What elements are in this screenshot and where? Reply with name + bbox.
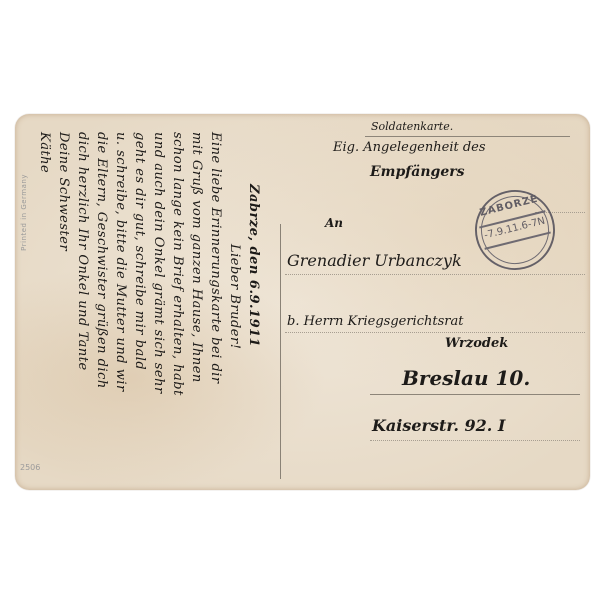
message-line: die Eltern, Geschwister grüßen dich bbox=[94, 132, 109, 389]
header-note: Eig. Angelegenheit des bbox=[333, 140, 486, 155]
card-header: Soldatenkarte. bbox=[371, 120, 453, 133]
postcard: Printed in Germany 2506 Zabrze, den 6.9.… bbox=[15, 114, 590, 490]
care-of-line: b. Herrn Kriegsgerichtsrat bbox=[287, 314, 463, 329]
message-line: dich herzlich Ihr Onkel und Tante bbox=[75, 132, 90, 371]
message-line: schon lange kein Brief erhalten, habt bbox=[170, 132, 185, 396]
address-rule-2 bbox=[285, 274, 585, 276]
care-of-line-2: Wrzodek bbox=[445, 336, 508, 351]
address-rule-3 bbox=[285, 332, 585, 334]
address-rule-4 bbox=[370, 440, 580, 442]
message-line: Eine liebe Erinnerungskarte bei dir bbox=[208, 132, 223, 384]
message-line: u. schreibe, bitte die Mutter und wir bbox=[113, 132, 128, 392]
address-prefix: An bbox=[325, 216, 343, 230]
message-line: mit Gruß vom ganzen Hause, Ihnen bbox=[189, 132, 204, 383]
street-line: Kaiserstr. 92. I bbox=[372, 416, 505, 435]
message-line: geht es dir gut, schreibe mir bald bbox=[132, 132, 147, 370]
header-note-2: Empfängers bbox=[370, 164, 465, 180]
city-rule bbox=[370, 394, 580, 395]
handwritten-message: Zabrze, den 6.9.1911Lieber Bruder!Eine l… bbox=[27, 124, 267, 484]
message-line: Lieber Bruder! bbox=[227, 244, 242, 349]
message-line: Käthe bbox=[37, 132, 52, 173]
message-line: Zabrze, den 6.9.1911 bbox=[246, 184, 261, 347]
vertical-divider bbox=[280, 224, 281, 479]
message-line: Deine Schwester bbox=[56, 132, 71, 251]
city-line: Breslau 10. bbox=[402, 366, 530, 390]
recipient-name: Grenadier Urbanczyk bbox=[287, 251, 462, 270]
header-rule bbox=[365, 136, 570, 137]
message-line: und auch dein Onkel grämt sich sehr bbox=[151, 132, 166, 394]
postmark-stamp: ZABORZE -7.9.11.6-7N bbox=[467, 182, 564, 279]
